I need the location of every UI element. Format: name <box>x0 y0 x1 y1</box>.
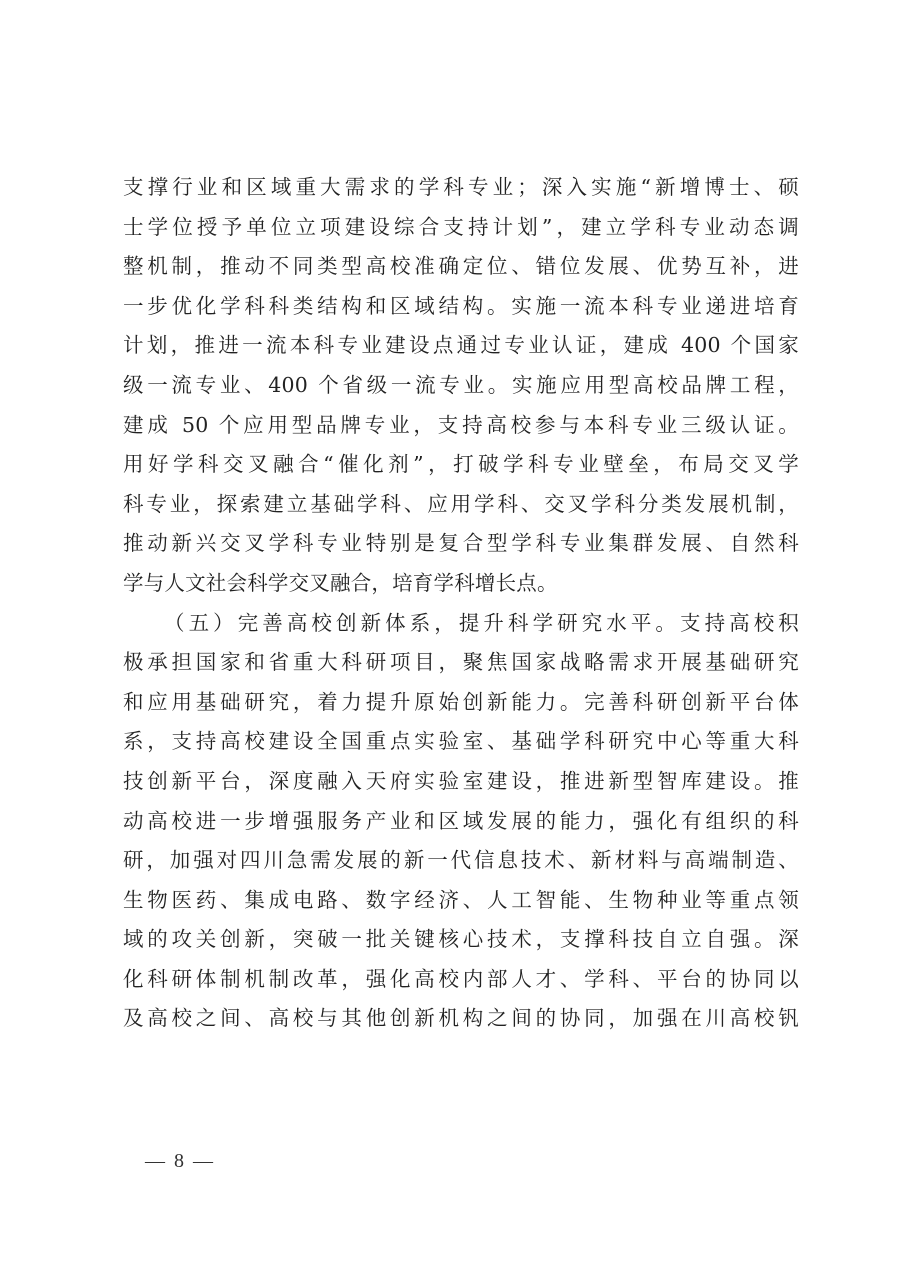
text-line: 建成 50 个应用型品牌专业，支持高校参与本科专业三级认证。 <box>123 406 799 446</box>
text-line: 生物医药、集成电路、数字经济、人工智能、生物种业等重点领 <box>123 881 799 921</box>
paragraph-end-line: 学与人文社会科学交叉融合，培育学科增长点。 <box>123 564 799 604</box>
text-line: 极承担国家和省重大科研项目，聚焦国家战略需求开展基础研究 <box>123 643 799 683</box>
text-line: 及高校之间、高校与其他创新机构之间的协同，加强在川高校钒 <box>123 999 799 1039</box>
text-line: 士学位授予单位立项建设综合支持计划”，建立学科专业动态调 <box>123 208 799 248</box>
section-heading-line: （五）完善高校创新体系，提升科学研究水平。支持高校积 <box>123 604 799 644</box>
document-page: 支撑行业和区域重大需求的学科专业；深入实施“新增博士、硕 士学位授予单位立项建设… <box>0 0 910 1286</box>
text-line: 整机制，推动不同类型高校准确定位、错位发展、优势互补，进 <box>123 247 799 287</box>
text-line: 用好学科交叉融合“催化剂”，打破学科专业壁垒，布局交叉学 <box>123 445 799 485</box>
text-line: 支撑行业和区域重大需求的学科专业；深入实施“新增博士、硕 <box>123 168 799 208</box>
text-line: 推动新兴交叉学科专业特别是复合型学科专业集群发展、自然科 <box>123 524 799 564</box>
text-line: 化科研体制机制改革，强化高校内部人才、学科、平台的协同以 <box>123 960 799 1000</box>
text-line: 技创新平台，深度融入天府实验室建设，推进新型智库建设。推 <box>123 762 799 802</box>
page-number: — 8 — <box>145 1150 215 1173</box>
text-line: 域的攻关创新，突破一批关键核心技术，支撑科技自立自强。深 <box>123 920 799 960</box>
text-line: 级一流专业、400 个省级一流专业。实施应用型高校品牌工程， <box>123 366 799 406</box>
text-line: 一步优化学科科类结构和区域结构。实施一流本科专业递进培育 <box>123 287 799 327</box>
text-line: 计划，推进一流本科专业建设点通过专业认证，建成 400 个国家 <box>123 326 799 366</box>
text-line: 研，加强对四川急需发展的新一代信息技术、新材料与高端制造、 <box>123 841 799 881</box>
text-line: 系，支持高校建设全国重点实验室、基础学科研究中心等重大科 <box>123 722 799 762</box>
text-line: 科专业，探索建立基础学科、应用学科、交叉学科分类发展机制， <box>123 485 799 525</box>
text-line: 和应用基础研究，着力提升原始创新能力。完善科研创新平台体 <box>123 683 799 723</box>
body-text: 支撑行业和区域重大需求的学科专业；深入实施“新增博士、硕 士学位授予单位立项建设… <box>123 168 799 1039</box>
text-line: 动高校进一步增强服务产业和区域发展的能力，强化有组织的科 <box>123 802 799 842</box>
